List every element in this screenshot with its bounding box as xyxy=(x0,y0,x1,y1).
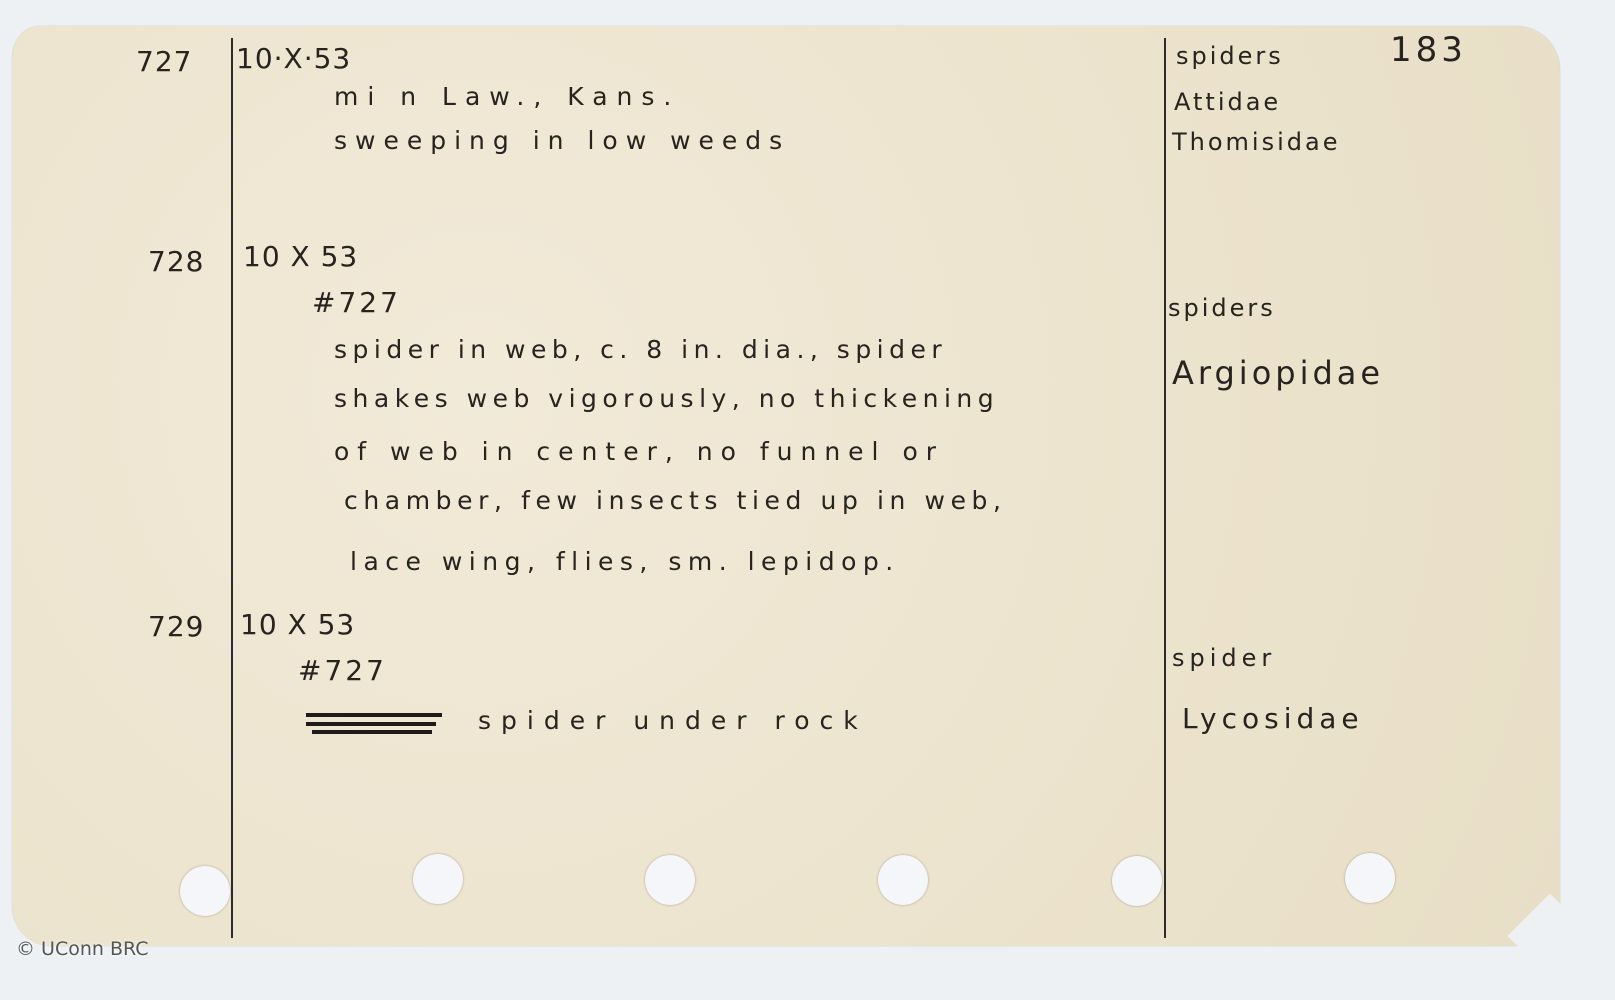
entry-date: 10·X·53 xyxy=(236,42,351,75)
entry-line: lace wing, flies, sm. lepidop. xyxy=(350,547,900,576)
entry-date: 10 X 53 xyxy=(240,608,355,641)
entry-line: sweeping in low weeds xyxy=(334,126,790,155)
family-name: Thomisidae xyxy=(1172,128,1340,156)
copyright-notice: © UConn BRC xyxy=(16,938,149,960)
binder-hole xyxy=(1112,856,1162,906)
entry-line: mi n Law., Kans. xyxy=(334,82,680,111)
entry-number: 728 xyxy=(148,245,204,278)
classification-label: spiders xyxy=(1176,42,1284,70)
entry-line: chamber, few insects tied up in web, xyxy=(344,486,1007,515)
family-name: Argiopidae xyxy=(1172,354,1384,392)
left-margin-rule xyxy=(231,38,233,938)
entry-date: 10 X 53 xyxy=(243,240,358,273)
binder-hole xyxy=(1345,853,1395,903)
page-number: 183 xyxy=(1390,30,1467,70)
entry-reference: #727 xyxy=(312,286,401,319)
family-name: Attidae xyxy=(1174,88,1281,116)
classification-label: spiders xyxy=(1168,294,1276,322)
struck-out-text xyxy=(306,722,436,726)
entry-line: of web in center, no funnel or xyxy=(334,437,944,466)
binder-hole xyxy=(645,855,695,905)
binder-hole xyxy=(413,854,463,904)
entry-number: 729 xyxy=(148,610,204,643)
right-margin-rule xyxy=(1164,38,1166,938)
entry-reference: #727 xyxy=(298,654,387,687)
binder-hole xyxy=(878,855,928,905)
family-name: Lycosidae xyxy=(1182,702,1364,735)
classification-label: spider xyxy=(1172,644,1276,672)
entry-line: shakes web vigorously, no thickening xyxy=(334,384,999,413)
entry-line: spider in web, c. 8 in. dia., spider xyxy=(334,335,947,364)
struck-out-text xyxy=(306,713,442,717)
entry-number: 727 xyxy=(136,45,192,78)
entry-line: spider under rock xyxy=(478,706,868,735)
struck-out-text xyxy=(312,730,432,734)
binder-hole xyxy=(180,866,230,916)
